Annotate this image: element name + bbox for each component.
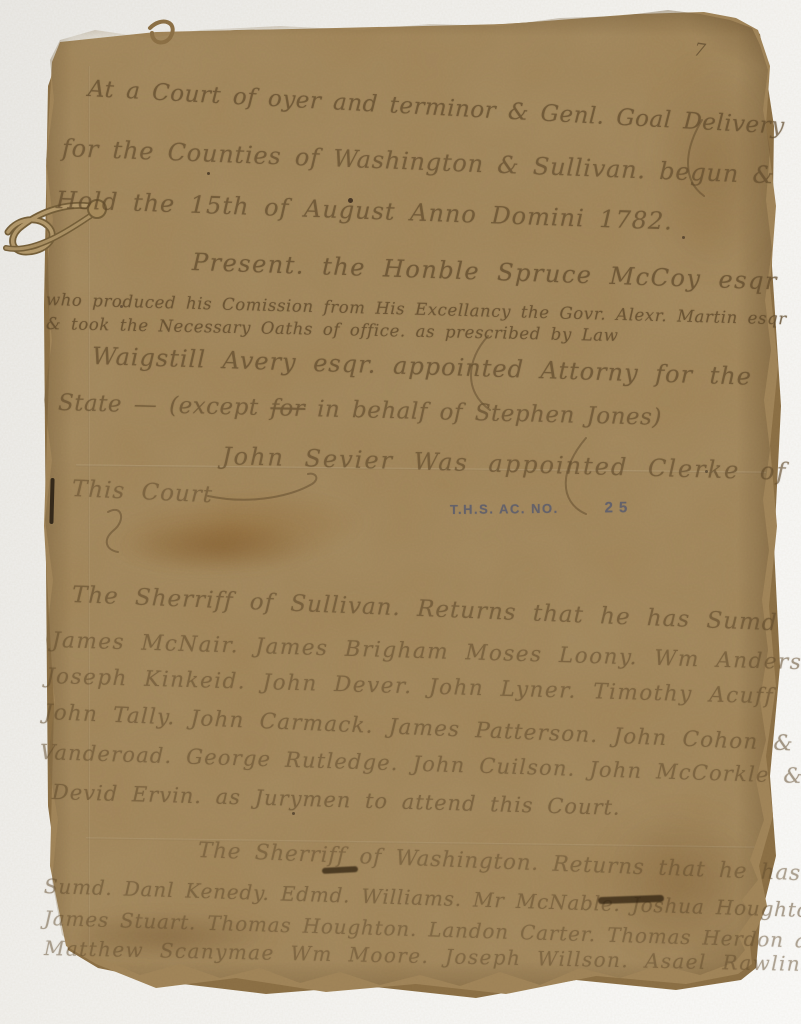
paper-front-page [36,6,781,1001]
scanner-background: At a Court of oyer and terminor & Genl. … [0,0,801,1024]
stamp-number: 25 [605,499,634,516]
paper-sheet [36,6,781,1001]
scanned-manuscript-page: { "palette":{ "scan_background":"#f2f1ee… [0,0,801,1024]
accession-stamp: T.H.S. AC. NO. 25 [450,499,633,518]
stamp-label: T.H.S. AC. NO. [450,501,559,517]
edge-shading [36,6,781,1001]
